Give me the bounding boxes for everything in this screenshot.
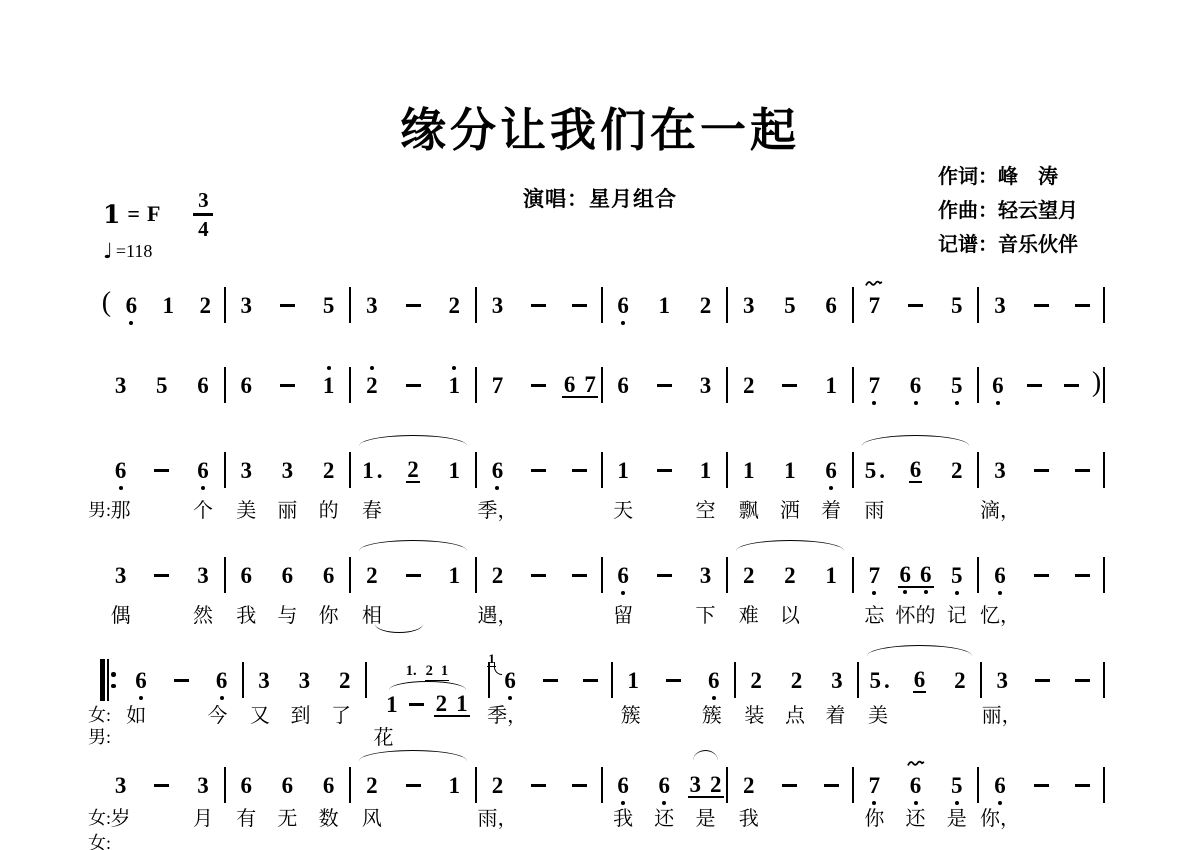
note-value: 3	[699, 374, 713, 397]
lyric-syllable	[444, 727, 485, 749]
beam-group: 32	[688, 773, 724, 798]
lyric-syllable: 还	[644, 808, 685, 830]
octave-dot-low	[220, 696, 224, 700]
beat-slot: 6	[811, 283, 852, 327]
note-value: 6	[707, 669, 721, 692]
beat-slot	[161, 658, 201, 702]
lyric-syllable	[644, 500, 685, 522]
duration-dash	[572, 784, 587, 787]
lyric-measure: 簇簇	[611, 705, 733, 727]
note-value: 3	[239, 294, 253, 317]
lyric-measure: 我	[728, 808, 852, 830]
beat-slot: 3	[182, 553, 223, 597]
duration-dash	[280, 384, 295, 387]
beat-slot	[559, 763, 600, 807]
lyric-syllable: 你	[854, 808, 895, 830]
lyric-measure: 风	[351, 808, 475, 830]
barline	[1103, 287, 1105, 323]
jianpu-note: 3	[298, 669, 312, 692]
duration-dash	[154, 574, 169, 577]
octave-dot-low	[139, 696, 143, 700]
jianpu-note: 6	[215, 669, 229, 692]
lyric-syllable	[1062, 605, 1103, 627]
lyric-measure: 忘怀的记	[854, 605, 978, 627]
parenthesis: )	[1092, 369, 1101, 397]
beat-slot	[518, 448, 559, 492]
lyric-syllable	[518, 808, 559, 830]
lyric-measure: 岁月	[100, 808, 224, 830]
lyric-measure: 你还是	[854, 808, 978, 830]
lyric-measure: 忆，	[979, 605, 1103, 627]
lyric-syllable: 季，	[477, 500, 518, 522]
jianpu-note: 5	[950, 774, 964, 797]
jianpu-note: 1	[824, 374, 838, 397]
lyric-syllable: 美	[858, 705, 899, 727]
note-value: 3	[196, 774, 210, 797]
beat-slot: 2	[477, 553, 518, 597]
tempo-marking: ♩ =118	[103, 241, 152, 262]
duration-dash	[531, 784, 546, 787]
lyric-syllable: 今	[197, 705, 238, 727]
beam-group: 67	[562, 373, 598, 398]
octave-dot-low	[914, 801, 918, 805]
lyric-syllable	[651, 705, 692, 727]
measure: 666	[226, 553, 350, 597]
duration-dash	[531, 304, 546, 307]
slur-arc	[736, 540, 844, 551]
beat-slot	[392, 363, 433, 407]
beat-slot: 6	[979, 553, 1020, 597]
measure: 7665	[854, 553, 978, 597]
music-system: 33666212663227656	[100, 763, 1105, 807]
lyric-measure	[487, 727, 609, 749]
beat-slot	[895, 283, 936, 327]
jianpu-note: 6	[563, 373, 577, 396]
beat-slot: 2	[434, 283, 475, 327]
beat-slot: 5.	[854, 448, 895, 492]
lyric-syllable: 花	[363, 727, 404, 749]
jianpu-note: 2	[198, 294, 212, 317]
note-value: 3	[993, 294, 1007, 317]
jianpu-note: 1	[658, 294, 672, 317]
note-value: 6	[616, 774, 630, 797]
beat-slot	[141, 763, 182, 807]
lyric-syllable	[1021, 605, 1062, 627]
jianpu-note: 6	[993, 564, 1007, 587]
beat-slot: 6	[182, 448, 223, 492]
lyric-syllable	[321, 727, 362, 749]
lyric-syllable	[141, 500, 182, 522]
lyric-measure: 滴，	[979, 500, 1103, 522]
lyric-syllable	[392, 500, 433, 522]
beat-slot: 3	[226, 448, 267, 492]
jianpu-note: 1	[448, 564, 462, 587]
jianpu-note: 6	[658, 774, 672, 797]
beat-slot	[141, 553, 182, 597]
measure: 2	[477, 553, 601, 597]
beat-slot: 6	[267, 763, 308, 807]
duration-dash	[1075, 574, 1090, 577]
beat-slot: 6	[226, 763, 267, 807]
note-value: 6	[658, 774, 672, 797]
duration-dash	[280, 304, 295, 307]
lyric-syllable: 又	[240, 705, 281, 727]
jianpu-note: 1.	[361, 459, 382, 482]
note-value: 2	[365, 374, 379, 397]
jianpu-note: 6	[707, 669, 721, 692]
lyric-syllable	[434, 605, 475, 627]
measure: 21	[351, 553, 475, 597]
beat-slot: 1.21121	[367, 658, 488, 702]
lyric-syllable: 相	[351, 605, 392, 627]
note-value: 6	[114, 459, 128, 482]
lyric-syllable: 是	[936, 808, 977, 830]
lyric-syllable	[141, 808, 182, 830]
lyric-syllable: 月	[182, 808, 223, 830]
octave-dot-low	[903, 590, 907, 594]
beat-slot	[392, 763, 433, 807]
beat-slot: 2	[392, 448, 433, 492]
lyric-syllable	[811, 808, 852, 830]
note-value: 2	[365, 774, 379, 797]
duration-dash	[406, 384, 421, 387]
note-value: 6	[909, 774, 923, 797]
jianpu-note: 7	[868, 564, 882, 587]
lyric-syllable: 丽，	[981, 705, 1022, 727]
measure: 6	[477, 448, 601, 492]
lyric-syllable	[404, 705, 445, 727]
lyric-measure: 偶然	[100, 605, 224, 627]
duration-dash	[908, 304, 923, 307]
duration-dash	[406, 574, 421, 577]
lyric-syllable	[141, 605, 182, 627]
tonic-numeral: 1	[103, 200, 120, 229]
jianpu-note: 2	[322, 459, 336, 482]
beat-slot: 1	[644, 283, 685, 327]
beat-slot: 5	[308, 283, 349, 327]
grace-tail-icon	[494, 662, 502, 675]
measure: 33	[100, 553, 224, 597]
note-value: 3	[742, 294, 756, 317]
jianpu-note: 6	[919, 563, 933, 586]
jianpu-note: 6	[114, 459, 128, 482]
jianpu-note: 1	[448, 774, 462, 797]
duration-dash	[657, 469, 672, 472]
octave-dot-low	[955, 591, 959, 595]
octave-dot-low	[129, 321, 133, 325]
note-value: 1	[361, 459, 375, 482]
beat-slot: 5	[769, 283, 810, 327]
note-value: 3	[196, 564, 210, 587]
note-value: 5	[950, 294, 964, 317]
jianpu-note: 3	[993, 294, 1007, 317]
beat-slot: 3	[100, 363, 141, 407]
lyric-syllable	[1062, 500, 1103, 522]
jianpu-note: 3	[114, 564, 128, 587]
slur-arc	[862, 435, 970, 446]
beat-slot: )	[1090, 363, 1103, 407]
lyric-syllable: 然	[182, 605, 223, 627]
lyric-syllable	[775, 727, 816, 749]
beat-slot: 1	[434, 363, 475, 407]
jianpu-note: 3	[365, 294, 379, 317]
lyric-syllable	[404, 727, 445, 749]
beat-slot	[644, 363, 685, 407]
jianpu-note: 6	[909, 774, 923, 797]
lyric-syllable: 点	[775, 705, 816, 727]
jianpu-note: 3	[995, 669, 1009, 692]
lyric-measure: 雨，	[477, 808, 601, 830]
lyric-syllable	[363, 705, 404, 727]
beat-slot: 2	[308, 448, 349, 492]
measure: 63	[603, 363, 727, 407]
measure: 63	[603, 553, 727, 597]
note-value: 2	[406, 458, 420, 483]
lyric-measure	[611, 727, 733, 749]
jianpu-note: 3	[993, 459, 1007, 482]
beat-slot: 2	[351, 553, 392, 597]
octave-dot-low	[955, 401, 959, 405]
jianpu-note: 1	[626, 669, 640, 692]
meter-numerator: 3	[198, 189, 209, 211]
ossia-top-line: 1.21	[406, 663, 449, 681]
beat-slot: 3	[728, 283, 769, 327]
beat-slot	[1022, 658, 1062, 702]
beat-slot: 2	[685, 283, 726, 327]
lyric-syllable	[734, 727, 775, 749]
note-value: 2	[790, 669, 804, 692]
note-value: 5	[322, 294, 336, 317]
jianpu-note: 16	[503, 669, 517, 692]
beat-slot	[518, 283, 559, 327]
beat-slot: 5	[936, 283, 977, 327]
jianpu-note: 1	[699, 459, 713, 482]
beat-slot: 6	[694, 658, 734, 702]
measure: 3	[982, 658, 1103, 702]
note-value: 1	[626, 669, 640, 692]
note-value: 5	[783, 294, 797, 317]
beat-slot: 7	[854, 363, 895, 407]
jianpu-note: 3	[239, 294, 253, 317]
note-value: 1	[322, 374, 336, 397]
note-value: 1	[616, 459, 630, 482]
lyric-syllable	[939, 705, 980, 727]
measure: 16	[613, 658, 734, 702]
lyric-syllable	[1062, 705, 1103, 727]
note-value: 3	[993, 459, 1007, 482]
note-value: 6	[616, 294, 630, 317]
barline	[1103, 452, 1105, 488]
beat-slot	[1021, 448, 1062, 492]
jianpu-note: 6	[239, 774, 253, 797]
jianpu-note: 2	[950, 459, 964, 482]
octave-dot-low	[621, 321, 625, 325]
beat-slot	[392, 283, 433, 327]
jianpu-note: 6	[322, 564, 336, 587]
lyric-measure: 相	[351, 605, 475, 627]
mordent-icon	[906, 759, 925, 768]
barline	[1103, 367, 1105, 403]
lyric-measure: 美丽的	[226, 500, 350, 522]
lyric-syllable: 装	[734, 705, 775, 727]
lyric-spacer	[1103, 500, 1105, 522]
note-value: 6	[616, 374, 630, 397]
lyric-syllable	[651, 727, 692, 749]
measure: 16	[490, 658, 611, 702]
note-value: 6	[991, 374, 1005, 397]
measure: 6	[979, 763, 1103, 807]
lyric-measure: 有无数	[226, 808, 350, 830]
beat-slot: 6	[121, 658, 161, 702]
jianpu-note: 2	[448, 294, 462, 317]
lyric-syllable	[434, 808, 475, 830]
jianpu-note: 6	[491, 459, 505, 482]
lyric-measure: 那个	[100, 500, 224, 522]
note-value: 6	[239, 564, 253, 587]
lyric-syllable: 天	[603, 500, 644, 522]
lyric-line: 男:花	[100, 727, 1105, 749]
duration-dash	[154, 469, 169, 472]
lyric-syllable: 雨	[854, 500, 895, 522]
beat-slot: 1	[150, 283, 187, 327]
note-value: 2	[709, 773, 723, 796]
note-value: 2	[198, 294, 212, 317]
lyric-syllable	[1021, 808, 1062, 830]
note-value: 3	[491, 294, 505, 317]
jianpu-note: 6	[909, 458, 923, 483]
lyric-measure: 季，	[477, 500, 601, 522]
beat-slot: 2	[325, 658, 365, 702]
slur-arc	[359, 540, 467, 551]
beat-slot: 2	[351, 763, 392, 807]
lyric-syllable	[769, 808, 810, 830]
beat-slot: 2	[187, 283, 224, 327]
lyric-syllable: 我	[226, 605, 267, 627]
beat-slot	[1021, 283, 1062, 327]
lyric-syllable	[559, 605, 600, 627]
note-value: 5	[950, 564, 964, 587]
jianpu-note: 3	[281, 459, 295, 482]
lyric-syllable	[936, 500, 977, 522]
lyric-syllable: 我	[728, 808, 769, 830]
ossia-note: 1	[441, 663, 448, 680]
beat-slot: 16	[490, 658, 530, 702]
beat-slot	[559, 283, 600, 327]
beat-slot: 3	[267, 448, 308, 492]
ossia-note: 2	[426, 663, 433, 680]
lyric-measure	[734, 727, 856, 749]
octave-dot-low	[924, 590, 928, 594]
beat-slot: 1.	[351, 448, 392, 492]
measure: 1.21	[351, 448, 475, 492]
lyricist-credit: 作词：峰 涛	[938, 160, 1078, 194]
duration-dash	[782, 784, 797, 787]
jianpu-note: 2	[953, 669, 967, 692]
measure: 11	[603, 448, 727, 492]
note-value: 1	[448, 459, 462, 482]
note-value: 6	[919, 563, 933, 586]
note-value: 6	[281, 774, 295, 797]
jianpu-note: 6	[616, 374, 630, 397]
lyric-spacer	[1103, 705, 1105, 727]
slur-arc	[389, 681, 467, 690]
beat-slot: 1	[613, 658, 653, 702]
note-value: 2	[742, 564, 756, 587]
note-value: 1	[824, 374, 838, 397]
beat-slot: 5	[936, 553, 977, 597]
note-value: 6	[322, 774, 336, 797]
note-value: 6	[909, 374, 923, 397]
beat-slot: 3	[982, 658, 1022, 702]
note-value: 6	[824, 459, 838, 482]
beat-slot: 1	[685, 448, 726, 492]
duration-dash	[531, 469, 546, 472]
lyric-measure	[363, 705, 485, 727]
transcriber-credit: 记谱：音乐伙伴	[938, 228, 1078, 262]
jianpu-note: 6	[281, 774, 295, 797]
octave-dot-low	[872, 801, 876, 805]
lyric-spacer	[1103, 727, 1105, 749]
barline	[1103, 557, 1105, 593]
beat-slot: 5	[936, 763, 977, 807]
lyric-measure: 我与你	[226, 605, 350, 627]
duration-dash	[572, 574, 587, 577]
lyric-syllable: 与	[267, 605, 308, 627]
jianpu-note: 2	[365, 374, 379, 397]
jianpu-note: 2	[742, 564, 756, 587]
jianpu-note: 1	[742, 459, 756, 482]
lyric-syllable	[116, 727, 157, 749]
lyric-syllable: 季，	[487, 705, 528, 727]
measure: 5.62	[854, 448, 978, 492]
note-value: 6	[824, 294, 838, 317]
jianpu-note: 2	[790, 669, 804, 692]
music-system: 356612176763217656)	[100, 363, 1105, 407]
jianpu-note: 1	[783, 459, 797, 482]
beat-slot: (	[100, 283, 113, 327]
lyric-syllable: 簇	[611, 705, 652, 727]
beat-slot: 7	[477, 363, 518, 407]
duration-dash	[174, 679, 189, 682]
music-system: (61235323612356753	[100, 283, 1105, 327]
jianpu-note: 2	[491, 774, 505, 797]
jianpu-note: 7	[583, 373, 597, 396]
beat-slot: 6	[644, 763, 685, 807]
augmentation-dot: .	[884, 669, 890, 692]
measure: 3	[477, 283, 601, 327]
note-value: 6	[993, 774, 1007, 797]
jianpu-note: 2	[338, 669, 352, 692]
meter-denominator: 4	[198, 218, 209, 240]
beat-slot	[518, 363, 559, 407]
note-value: 3	[114, 374, 128, 397]
lyric-syllable: 岁	[100, 808, 141, 830]
lyric-measure: 天空	[603, 500, 727, 522]
jianpu-note: 3	[699, 374, 713, 397]
beat-slot: 5	[936, 363, 977, 407]
beat-slot: 2	[776, 658, 816, 702]
note-value: 5	[869, 669, 883, 692]
lyric-syllable	[444, 705, 485, 727]
lyric-syllable	[568, 727, 609, 749]
note-value: 6	[239, 774, 253, 797]
lyric-measure	[981, 727, 1103, 749]
note-value: 3	[281, 459, 295, 482]
lyric-line: 男:那个美丽的春季，天空飘洒着雨滴，	[100, 500, 1105, 522]
note-value: 3	[995, 669, 1009, 692]
jianpu-note: 2	[749, 669, 763, 692]
lyric-syllable: 无	[267, 808, 308, 830]
